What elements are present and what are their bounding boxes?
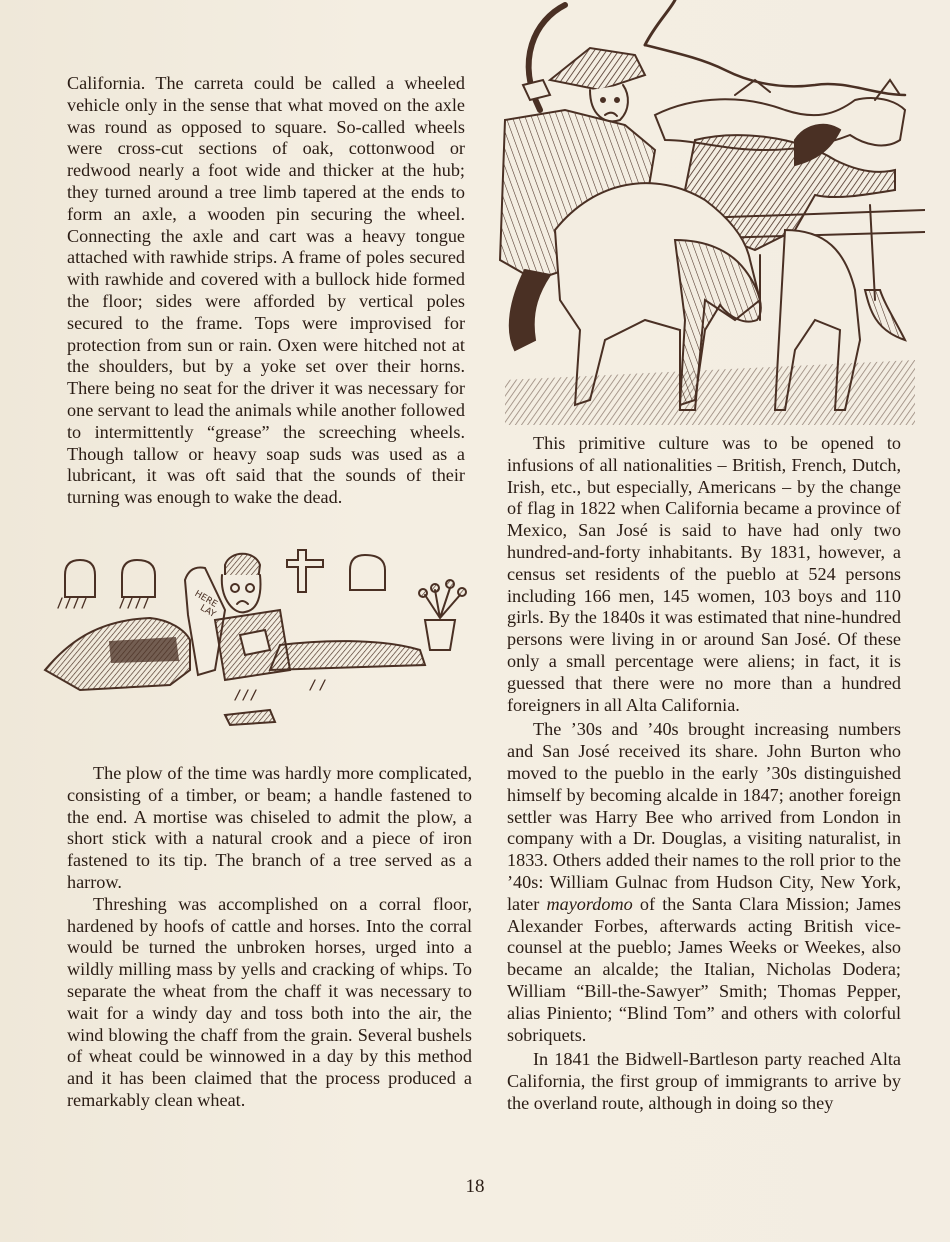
- headstone-icon: [65, 560, 95, 597]
- primitive-culture-paragraph: This primitive culture was to be opened …: [507, 433, 901, 716]
- threshing-paragraph: Threshing was accomplished on a corral f…: [67, 894, 472, 1112]
- book-page: California. The carreta could be called …: [0, 0, 950, 1242]
- page-number: 18: [0, 1176, 950, 1198]
- left-column-bottom-text: The plow of the time was hardly more com…: [67, 763, 472, 1112]
- thirties-forties-paragraph: The ’30s and ’40s brought increasing num…: [507, 719, 901, 1046]
- horses-corral-illustration: [495, 0, 925, 430]
- left-column-top-text: California. The carreta could be called …: [67, 73, 465, 509]
- right-column-text: This primitive culture was to be opened …: [507, 433, 901, 1115]
- bidwell-bartleson-paragraph: In 1841 the Bidwell-Bartleson party reac…: [507, 1049, 901, 1114]
- graveyard-illustration: HERE LAY: [40, 540, 480, 740]
- carreta-paragraph: California. The carreta could be called …: [67, 73, 465, 509]
- plow-paragraph: The plow of the time was hardly more com…: [67, 763, 472, 894]
- paragraph-text: of the Santa Clara Mission; James Alexan…: [507, 894, 901, 1045]
- paragraph-text: The ’30s and ’40s brought increasing num…: [507, 719, 901, 913]
- italic-term: mayordomo: [546, 894, 632, 914]
